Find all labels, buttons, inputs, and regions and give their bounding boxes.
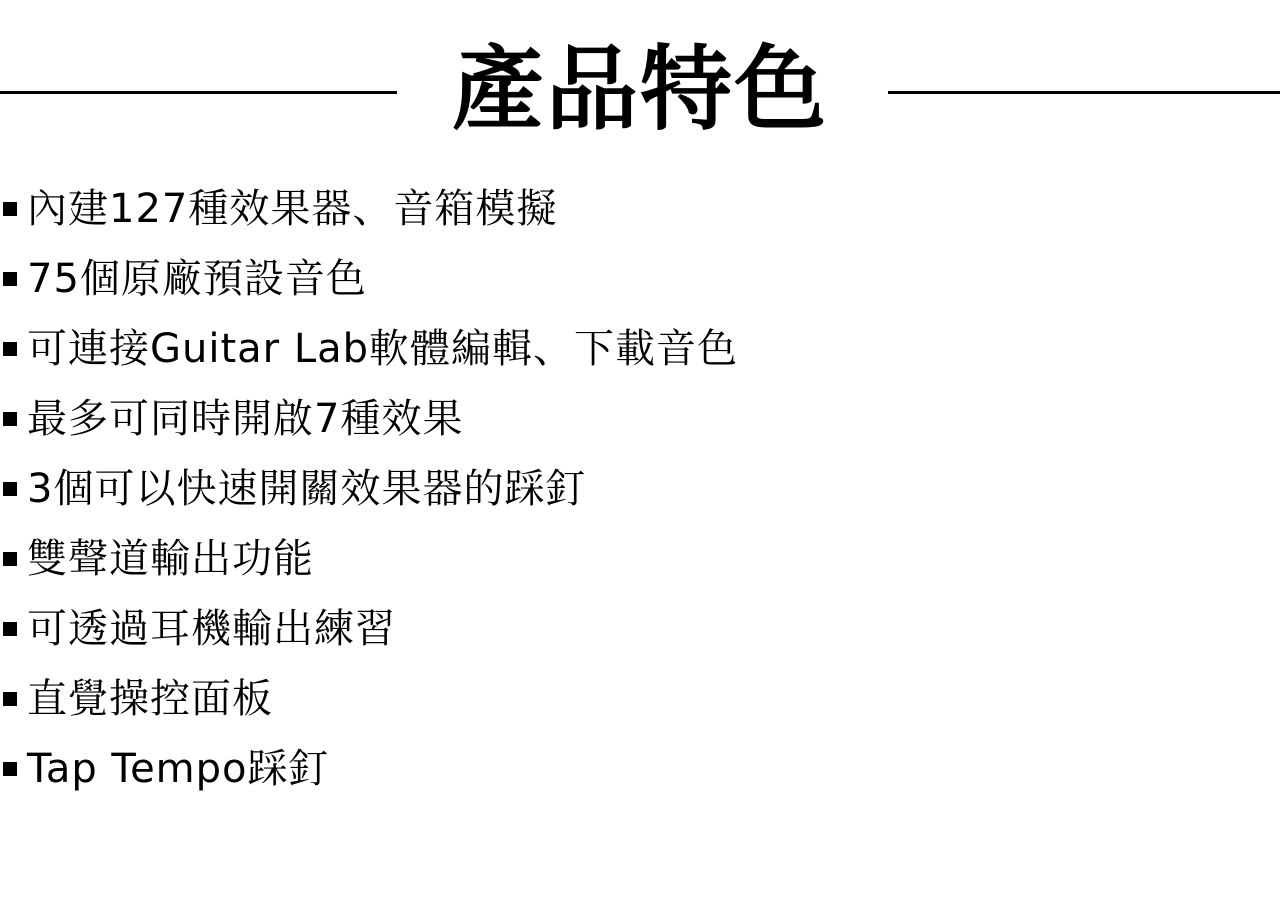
feature-text: 可透過耳機輸出練習: [27, 594, 396, 664]
feature-text: 3個可以快速開關效果器的踩釘: [27, 454, 586, 524]
feature-text: 可連接Guitar Lab軟體編輯、下載音色: [27, 314, 738, 384]
feature-text: 直覺操控面板: [27, 664, 273, 734]
feature-item: 雙聲道輸出功能: [0, 524, 738, 594]
divider-line-right: [888, 91, 1280, 94]
square-bullet-icon: [3, 622, 17, 636]
square-bullet-icon: [3, 762, 17, 776]
divider-line-left: [0, 91, 397, 94]
feature-item: Tap Tempo踩釘: [0, 734, 738, 804]
feature-item: 可連接Guitar Lab軟體編輯、下載音色: [0, 314, 738, 384]
feature-item: 直覺操控面板: [0, 664, 738, 734]
feature-item: 3個可以快速開關效果器的踩釘: [0, 454, 738, 524]
section-header: 產品特色: [0, 30, 1280, 150]
feature-item: 內建127種效果器、音箱模擬: [0, 174, 738, 244]
feature-text: Tap Tempo踩釘: [27, 734, 330, 804]
square-bullet-icon: [3, 272, 17, 286]
feature-text: 雙聲道輸出功能: [27, 524, 314, 594]
page-title: 產品特色: [440, 30, 840, 150]
square-bullet-icon: [3, 412, 17, 426]
feature-item: 75個原廠預設音色: [0, 244, 738, 314]
feature-text: 75個原廠預設音色: [27, 244, 367, 314]
square-bullet-icon: [3, 482, 17, 496]
square-bullet-icon: [3, 692, 17, 706]
feature-item: 最多可同時開啟7種效果: [0, 384, 738, 454]
feature-text: 內建127種效果器、音箱模擬: [27, 174, 557, 244]
square-bullet-icon: [3, 552, 17, 566]
feature-text: 最多可同時開啟7種效果: [27, 384, 463, 454]
square-bullet-icon: [3, 342, 17, 356]
square-bullet-icon: [3, 202, 17, 216]
feature-list: 內建127種效果器、音箱模擬 75個原廠預設音色 可連接Guitar Lab軟體…: [0, 174, 738, 804]
feature-item: 可透過耳機輸出練習: [0, 594, 738, 664]
